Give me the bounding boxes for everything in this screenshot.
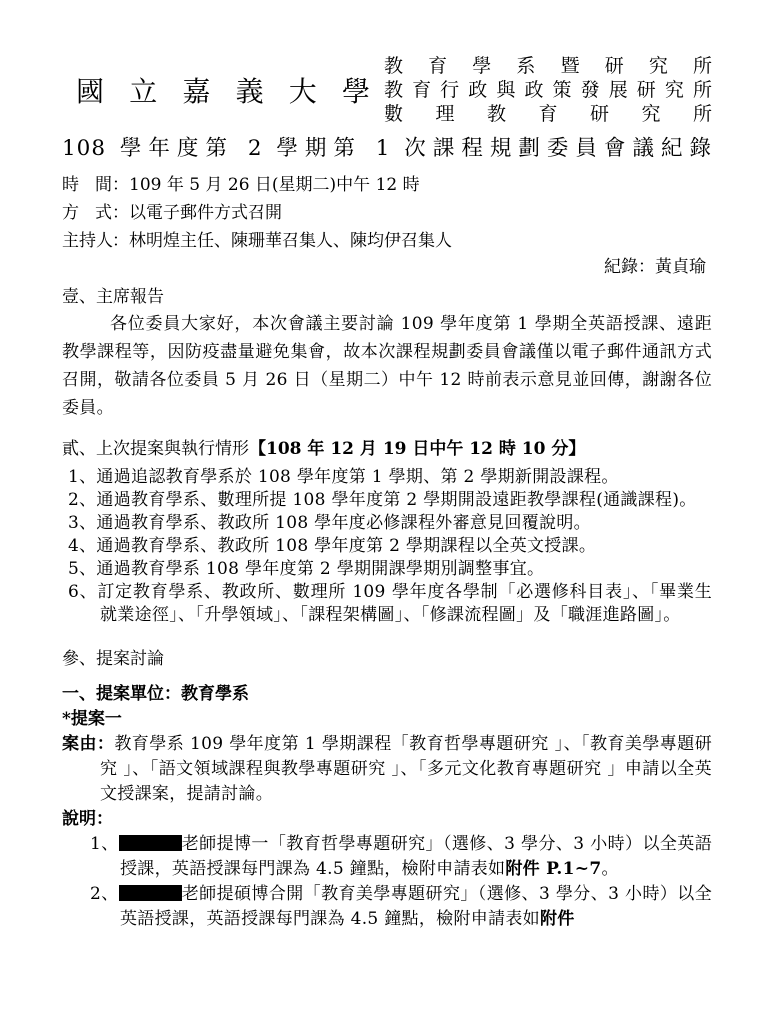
item-number: 3、	[68, 513, 96, 533]
department-list: 教育學系暨研究所 教育行政與政策發展研究所 數理教育研究所	[384, 54, 712, 126]
meta-method-label: 方式	[62, 199, 112, 227]
meta-chair: 主持人：林明煌主任、陳珊華召集人、陳均伊召集人	[62, 227, 712, 255]
university-name: 國立嘉義大學	[62, 70, 370, 110]
item-number: 5、	[68, 559, 96, 579]
department-line: 教育行政與政策發展研究所	[384, 78, 712, 102]
attachment-reference: 附件 P.1~7	[505, 859, 601, 879]
section2-item-list: 1、通過追認教育學系於 108 學年度第 1 學期、第 2 學期新開設課程。 2…	[62, 466, 712, 627]
recorder-line: 紀錄：黃貞瑜	[62, 255, 712, 279]
explanation-label: 說明：	[62, 807, 712, 832]
meta-time-value: 109 年 5 月 26 日(星期二)中午 12 時	[129, 175, 420, 195]
case-text: 教育學系 109 學年度第 1 學期課程「教育哲學專題研究 」、「教育美學專題研…	[100, 734, 712, 804]
attachment-reference: 附件	[540, 909, 575, 929]
list-item: 6、訂定教育學系、教政所、數理所 109 學年度各學制「必選修科目表」、「畢業生…	[62, 581, 712, 627]
meta-colon: ：	[112, 175, 129, 195]
proposal-one-label: *提案一	[62, 707, 712, 732]
redacted-name-box	[119, 885, 182, 901]
proposal-unit-heading: 一、提案單位：教育學系	[62, 682, 712, 707]
meeting-meta: 時間：109 年 5 月 26 日(星期二)中午 12 時 方式：以電子郵件方式…	[62, 171, 712, 255]
item-number: 2、	[68, 490, 96, 510]
item-text: 通過教育學系、教政所 108 學年度必修課程外審意見回覆說明。	[96, 513, 591, 533]
item-number: 6、	[68, 582, 97, 602]
section1-paragraph: 各位委員大家好，本次會議主要討論 109 學年度第 1 學期全英語授課、遠距教學…	[62, 310, 712, 422]
meta-chair-label: 主持人	[62, 227, 112, 255]
item-text-suffix: 。	[601, 859, 618, 879]
item-text: 通過追認教育學系於 108 學年度第 1 學期、第 2 學期新開設課程。	[96, 467, 618, 487]
section1-heading: 壹、主席報告	[62, 284, 712, 310]
document-page: 國立嘉義大學 教育學系暨研究所 教育行政與政策發展研究所 數理教育研究所 108…	[0, 0, 770, 1024]
item-text: 訂定教育學系、教政所、數理所 109 學年度各學制「必選修科目表」、「畢業生就業…	[97, 582, 712, 625]
meta-colon: ：	[112, 203, 129, 223]
list-item: 1、通過追認教育學系於 108 學年度第 1 學期、第 2 學期新開設課程。	[62, 466, 712, 489]
case-description: 案由：教育學系 109 學年度第 1 學期課程「教育哲學專題研究 」、「教育美學…	[62, 732, 712, 807]
section2-heading: 貳、上次提案與執行情形【108 年 12 月 19 日中午 12 時 10 分】	[62, 435, 712, 463]
list-item: 2、通過教育學系、數理所提 108 學年度第 2 學期開設遠距教學課程(通識課程…	[62, 489, 712, 512]
document-title: 108 學年度第 2 學期第 1 次課程規劃委員會議紀錄	[62, 131, 712, 162]
meta-time-label: 時間	[62, 171, 112, 199]
item-number: 4、	[68, 536, 96, 556]
list-item: 5、通過教育學系 108 學年度第 2 學期開課學期別調整事宜。	[62, 558, 712, 581]
meta-method-value: 以電子郵件方式召開	[129, 203, 282, 223]
meta-method: 方式：以電子郵件方式召開	[62, 199, 712, 227]
explanation-item: 1、老師提博一「教育哲學專題研究」（選修、3 學分、3 小時）以全英語授課，英語…	[62, 832, 712, 882]
section3-heading: 參、提案討論	[62, 646, 712, 672]
meta-colon: ：	[112, 231, 129, 251]
item-text: 通過教育學系 108 學年度第 2 學期開課學期別調整事宜。	[96, 559, 544, 579]
item-number: 2、	[90, 884, 119, 904]
section2-heading-text: 貳、上次提案與執行情形	[62, 439, 249, 459]
department-line: 數理教育研究所	[384, 102, 712, 126]
item-text: 通過教育學系、數理所提 108 學年度第 2 學期開設遠距教學課程(通識課程)。	[96, 490, 696, 510]
letterhead: 國立嘉義大學 教育學系暨研究所 教育行政與政策發展研究所 數理教育研究所	[62, 54, 712, 126]
explanation-item-list: 1、老師提博一「教育哲學專題研究」（選修、3 學分、3 小時）以全英語授課，英語…	[62, 832, 712, 932]
list-item: 3、通過教育學系、教政所 108 學年度必修課程外審意見回覆說明。	[62, 512, 712, 535]
section2-heading-date: 【108 年 12 月 19 日中午 12 時 10 分】	[249, 439, 585, 459]
item-text: 通過教育學系、教政所 108 學年度第 2 學期課程以全英文授課。	[96, 536, 596, 556]
explanation-item: 2、老師提碩博合開「教育美學專題研究」（選修、3 學分、3 小時）以全英語授課，…	[62, 882, 712, 932]
department-line: 教育學系暨研究所	[384, 54, 712, 78]
item-number: 1、	[68, 467, 96, 487]
item-number: 1、	[90, 834, 119, 854]
item-text: 老師提碩博合開「教育美學專題研究」（選修、3 學分、3 小時）以全英語授課，英語…	[120, 884, 712, 929]
redacted-name-box	[119, 835, 182, 851]
item-text: 老師提博一「教育哲學專題研究」（選修、3 學分、3 小時）以全英語授課，英語授課…	[120, 834, 712, 879]
case-label: 案由：	[62, 734, 114, 754]
meta-chair-value: 林明煌主任、陳珊華召集人、陳均伊召集人	[129, 231, 452, 251]
list-item: 4、通過教育學系、教政所 108 學年度第 2 學期課程以全英文授課。	[62, 535, 712, 558]
meta-time: 時間：109 年 5 月 26 日(星期二)中午 12 時	[62, 171, 712, 199]
